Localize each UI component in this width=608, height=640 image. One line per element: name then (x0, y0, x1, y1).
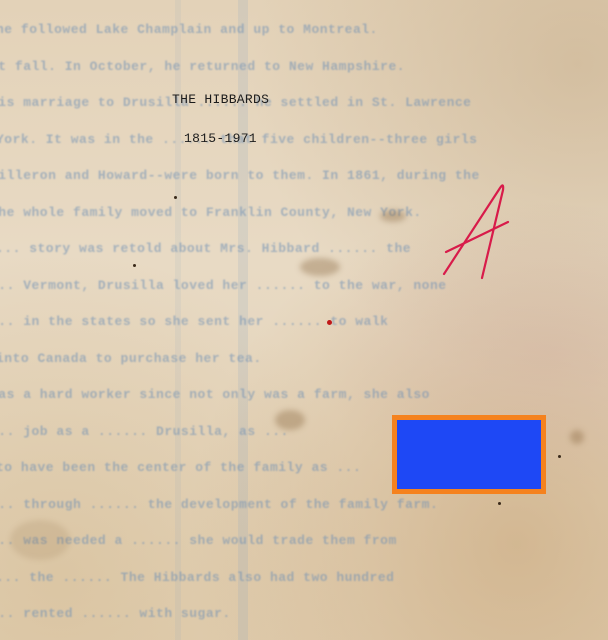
redaction-box (392, 415, 546, 494)
bleed-through-line: into Canada to purchase her tea. (0, 351, 262, 366)
bleed-through-line: ... job as a ...... Drusilla, as ... (0, 424, 289, 439)
bleed-through-line: was a hard worker since not only was a f… (0, 387, 430, 402)
speck (558, 455, 561, 458)
bleed-through-line: Tilleron and Howard--were born to them. … (0, 168, 480, 183)
bleed-through-line: the whole family moved to Franklin Count… (0, 205, 422, 220)
document-title: THE HIBBARDS (172, 92, 269, 107)
bleed-through-line: ... rented ...... with sugar. (0, 606, 231, 621)
bleed-through-line: ... story was retold about Mrs. Hibbard … (0, 241, 411, 256)
bleed-through-line: to have been the center of the family as… (0, 460, 361, 475)
stain (300, 258, 340, 276)
bleed-through-line: ... through ...... the development of th… (0, 497, 438, 512)
bleed-through-line: he followed Lake Champlain and up to Mon… (0, 22, 378, 37)
stain (570, 430, 584, 444)
speck (498, 502, 501, 505)
stain (10, 520, 70, 560)
stain (275, 410, 305, 430)
speck (133, 264, 136, 267)
bleed-through-line: ... the ...... The Hibbards also had two… (0, 570, 394, 585)
scanned-document-page: he followed Lake Champlain and up to Mon… (0, 0, 608, 640)
speck (174, 196, 177, 199)
document-dates: 1815-1971 (184, 131, 257, 146)
handwritten-grade-mark-icon (430, 182, 510, 282)
stain (380, 210, 406, 222)
bleed-through-line: ... Vermont, Drusilla loved her ...... t… (0, 278, 447, 293)
speck (327, 320, 332, 325)
bleed-through-line: st fall. In October, he returned to New … (0, 59, 405, 74)
